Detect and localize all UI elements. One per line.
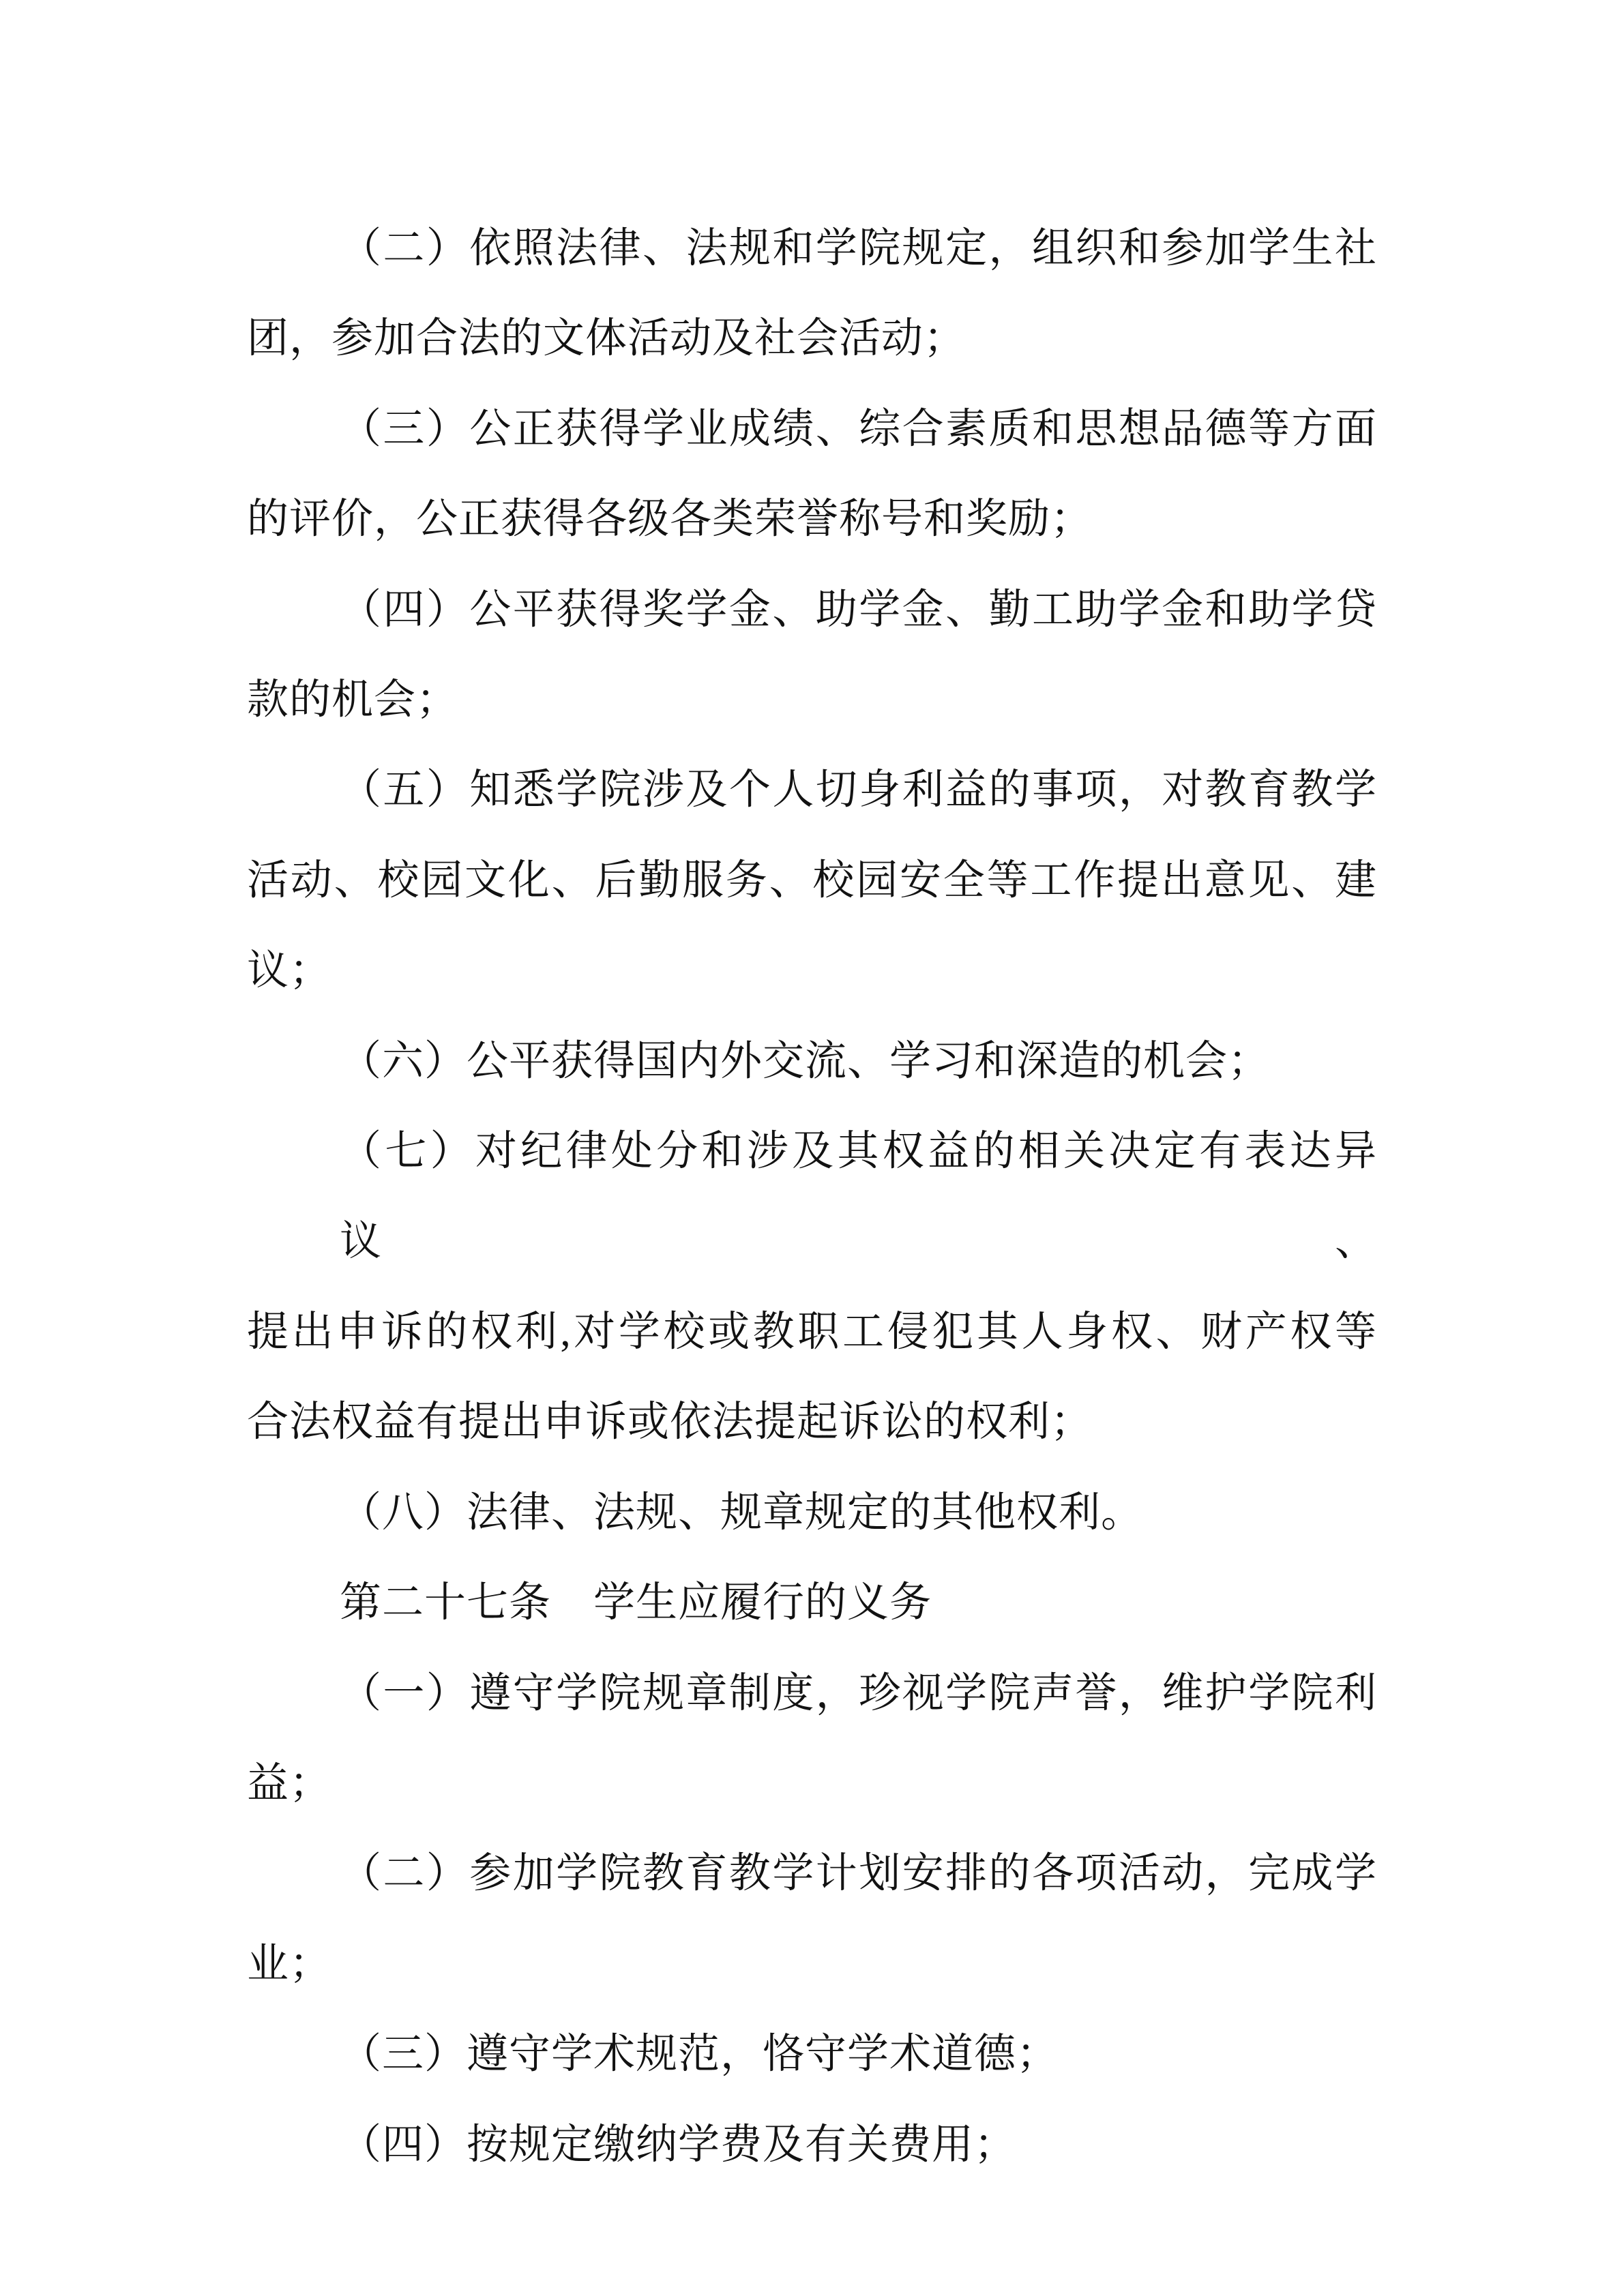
text-line: （三）公正获得学业成绩、综合素质和思想品德等方面 <box>247 385 1377 475</box>
text-line: （一）遵守学院规章制度，珍视学院声誉，维护学院利 <box>247 1649 1377 1739</box>
text-line: 款的机会； <box>247 655 1377 745</box>
text-line: （四）公平获得奖学金、助学金、勤工助学金和助学贷 <box>247 565 1377 655</box>
text-line: （六）公平获得国内外交流、学习和深造的机会； <box>247 1017 1377 1107</box>
text-line: （二）依照法律、法规和学院规定，组织和参加学生社 <box>247 204 1377 294</box>
text-line: 业； <box>247 1920 1377 2010</box>
text-line: （三）遵守学术规范，恪守学术道德； <box>247 2010 1377 2100</box>
text-line: （五）知悉学院涉及个人切身利益的事项，对教育教学 <box>247 745 1377 835</box>
text-line: （二）参加学院教育教学计划安排的各项活动，完成学 <box>247 1829 1377 1919</box>
text-line: （八）法律、法规、规章规定的其他权利。 <box>247 1468 1377 1558</box>
text-line: 的评价，公正获得各级各类荣誉称号和奖励； <box>247 475 1377 565</box>
text-line: 益； <box>247 1739 1377 1829</box>
text-line: （七）对纪律处分和涉及其权益的相关决定有表达异议、 <box>247 1107 1377 1287</box>
text-line: 议； <box>247 926 1377 1016</box>
text-line: 提出申诉的权利,对学校或教职工侵犯其人身权、财产权等 <box>247 1287 1377 1377</box>
article-heading: 第二十七条 学生应履行的义务 <box>247 1558 1377 1648</box>
document-body: （二）依照法律、法规和学院规定，组织和参加学生社 团，参加合法的文体活动及社会活… <box>247 204 1377 2190</box>
text-line: 团，参加合法的文体活动及社会活动； <box>247 294 1377 384</box>
text-line: （四）按规定缴纳学费及有关费用； <box>247 2100 1377 2190</box>
text-line: 合法权益有提出申诉或依法提起诉讼的权利； <box>247 1377 1377 1467</box>
document-page: （二）依照法律、法规和学院规定，组织和参加学生社 团，参加合法的文体活动及社会活… <box>0 0 1624 2296</box>
text-line: 活动、校园文化、后勤服务、校园安全等工作提出意见、建 <box>247 836 1377 926</box>
